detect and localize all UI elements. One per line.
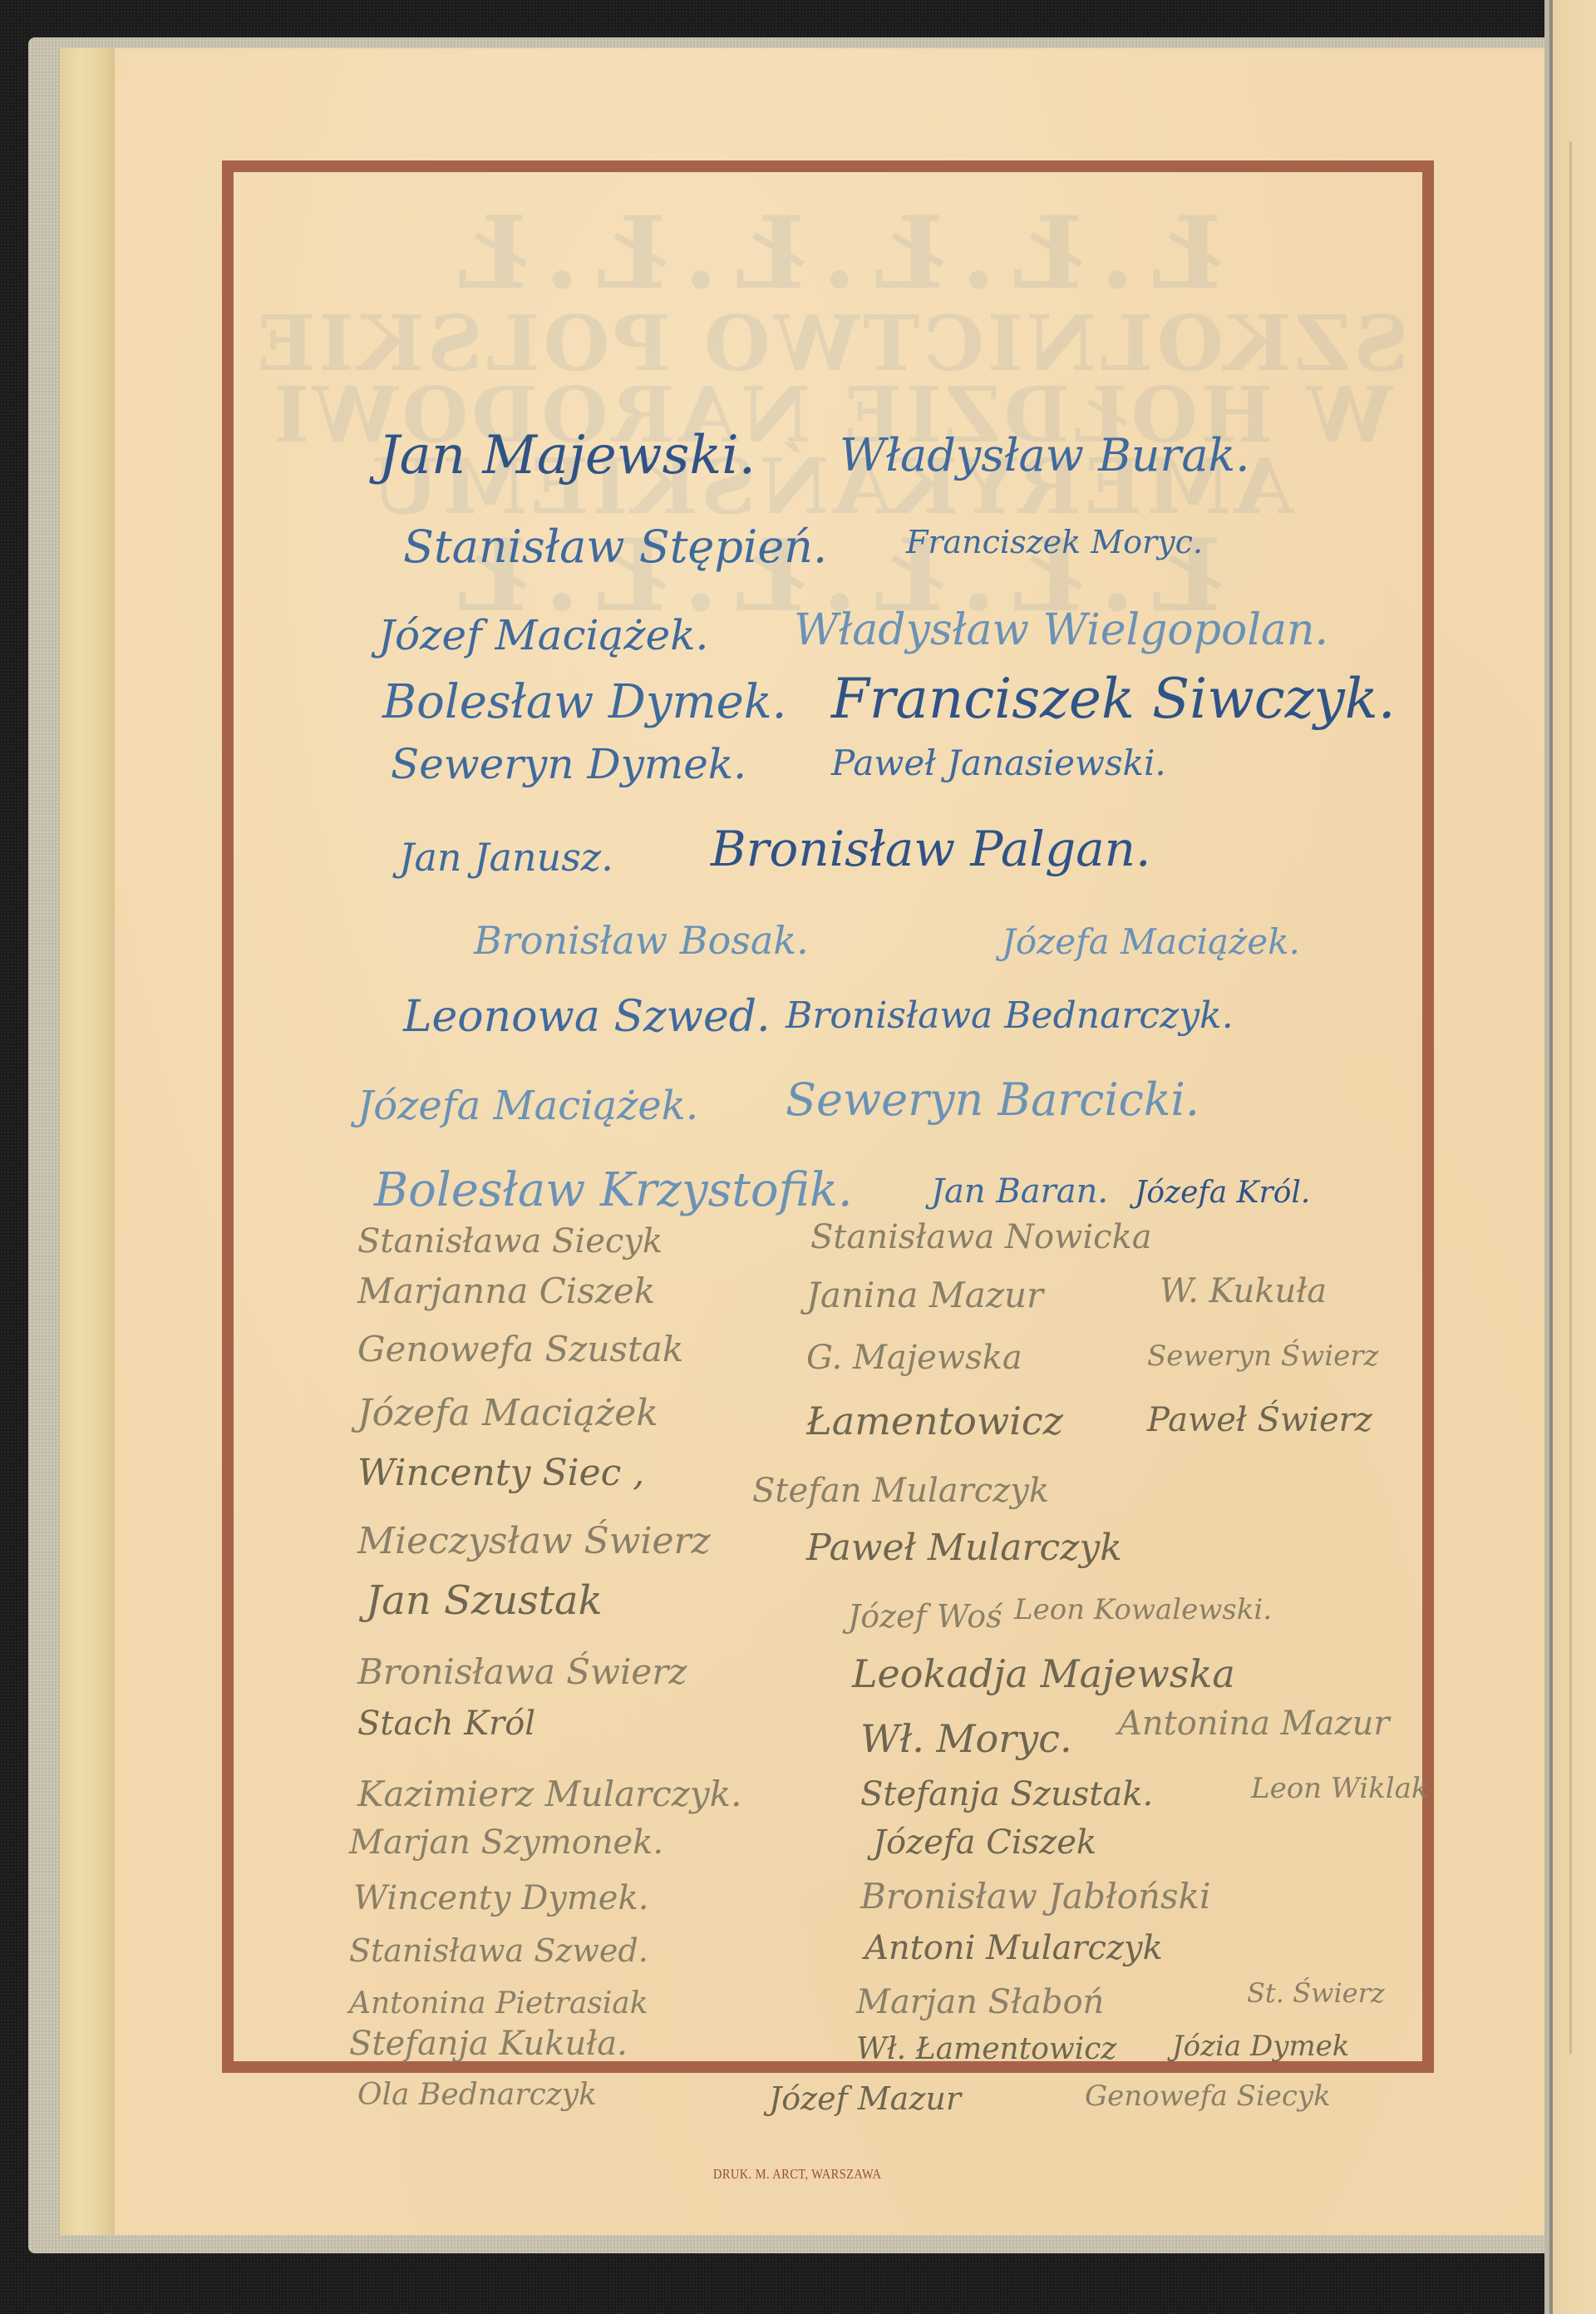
signature: Stanisława Siecyk <box>357 1222 663 1261</box>
signature: Antonina Mazur <box>1118 1705 1389 1743</box>
signature: Leonowa Szwed. <box>403 992 771 1042</box>
signature-list: Jan Majewski.Władysław Burak.Stanisław S… <box>0 0 1596 2314</box>
signature: Marjanna Ciszek <box>357 1270 655 1311</box>
signature: Bronisława Świerz <box>357 1651 687 1692</box>
signature: Jan Janusz. <box>399 835 613 880</box>
signature: G. Majewska <box>806 1339 1022 1377</box>
signature: Stefanja Szustak. <box>860 1775 1153 1813</box>
signature: Józia Dymek <box>1172 2030 1349 2063</box>
signature: Seweryn Świerz <box>1147 1340 1378 1373</box>
signature: Mieczysław Świerz <box>357 1520 711 1562</box>
signature: Genowefa Szustak <box>357 1329 683 1369</box>
signature: Jan Majewski. <box>378 425 756 486</box>
signature: Józefa Król. <box>1135 1176 1310 1210</box>
signature: Józef Maciążek. <box>378 611 708 659</box>
signature: Janina Mazur <box>806 1275 1043 1315</box>
signature: Bronisława Bednarczyk. <box>786 994 1234 1037</box>
signature: W. Kukuła <box>1160 1272 1327 1310</box>
signature: Antonina Pietrasiak <box>349 1986 648 2020</box>
signature: Bronisław Jabłoński <box>860 1876 1210 1917</box>
signature: Wł. Łamentowicz <box>856 2032 1116 2066</box>
signature: Antoni Mularczyk <box>864 1929 1163 1967</box>
signature: Leon Wiklak <box>1251 1772 1428 1805</box>
signature: Wincenty Dymek. <box>353 1879 648 1917</box>
signature: Stefan Mularczyk <box>752 1472 1049 1510</box>
signature: Paweł Świerz <box>1147 1401 1372 1439</box>
signature: Kazimierz Mularczyk. <box>357 1774 741 1814</box>
signature: Stanisława Szwed. <box>349 1932 648 1969</box>
signature: Łamentowicz <box>806 1399 1063 1443</box>
signature: Józef Mazur <box>769 2080 961 2117</box>
signature: Paweł Mularczyk <box>806 1527 1122 1569</box>
signature: Franciszek Moryc. <box>906 524 1203 560</box>
signature: Stach Król <box>357 1705 535 1743</box>
signature: Marjan Szymonek. <box>349 1823 663 1862</box>
signature: Józefa Maciążek <box>357 1392 658 1434</box>
signature: Władysław Wielgopolan. <box>794 605 1328 655</box>
signature: Genowefa Siecyk <box>1085 2080 1331 2113</box>
signature: St. Świerz <box>1247 1977 1385 2009</box>
signature: Seweryn Dymek. <box>391 740 746 788</box>
signature: Stanisław Stępień. <box>403 521 827 573</box>
signature: Leokadja Majewska <box>852 1651 1235 1696</box>
signature: Władysław Burak. <box>840 429 1249 481</box>
signature: Wł. Moryc. <box>860 1716 1072 1761</box>
signature: Leon Kowalewski. <box>1014 1593 1272 1626</box>
signature: Wincenty Siec , <box>357 1452 644 1494</box>
signature: Seweryn Barcicki. <box>786 1073 1199 1126</box>
signature: Stanisława Nowicka <box>810 1218 1152 1256</box>
signature: Franciszek Siwczyk. <box>831 667 1396 731</box>
signature: Józefa Maciążek. <box>1002 921 1300 962</box>
signature: Józefa Ciszek <box>873 1823 1096 1862</box>
signature: Paweł Janasiewski. <box>831 743 1166 783</box>
signature: Ola Bednarczyk <box>357 2078 597 2112</box>
signature: Jan Szustak <box>366 1577 603 1624</box>
signature: Stefanja Kukuła. <box>349 2025 628 2063</box>
signature: Bolesław Krzystofik. <box>374 1163 853 1217</box>
signature: Marjan Słaboń <box>856 1983 1104 2021</box>
signature: Bolesław Dymek. <box>382 675 786 729</box>
signature: Józef Woś <box>848 1598 1002 1635</box>
signature: Józefa Maciążek. <box>357 1083 698 1129</box>
signature: Jan Baran. <box>931 1172 1108 1211</box>
signature: Bronisław Bosak. <box>474 918 809 963</box>
signature: Bronisław Palgan. <box>711 821 1150 877</box>
printer-imprint: DRUK. M. ARCT, WARSZAWA <box>713 2166 881 2183</box>
